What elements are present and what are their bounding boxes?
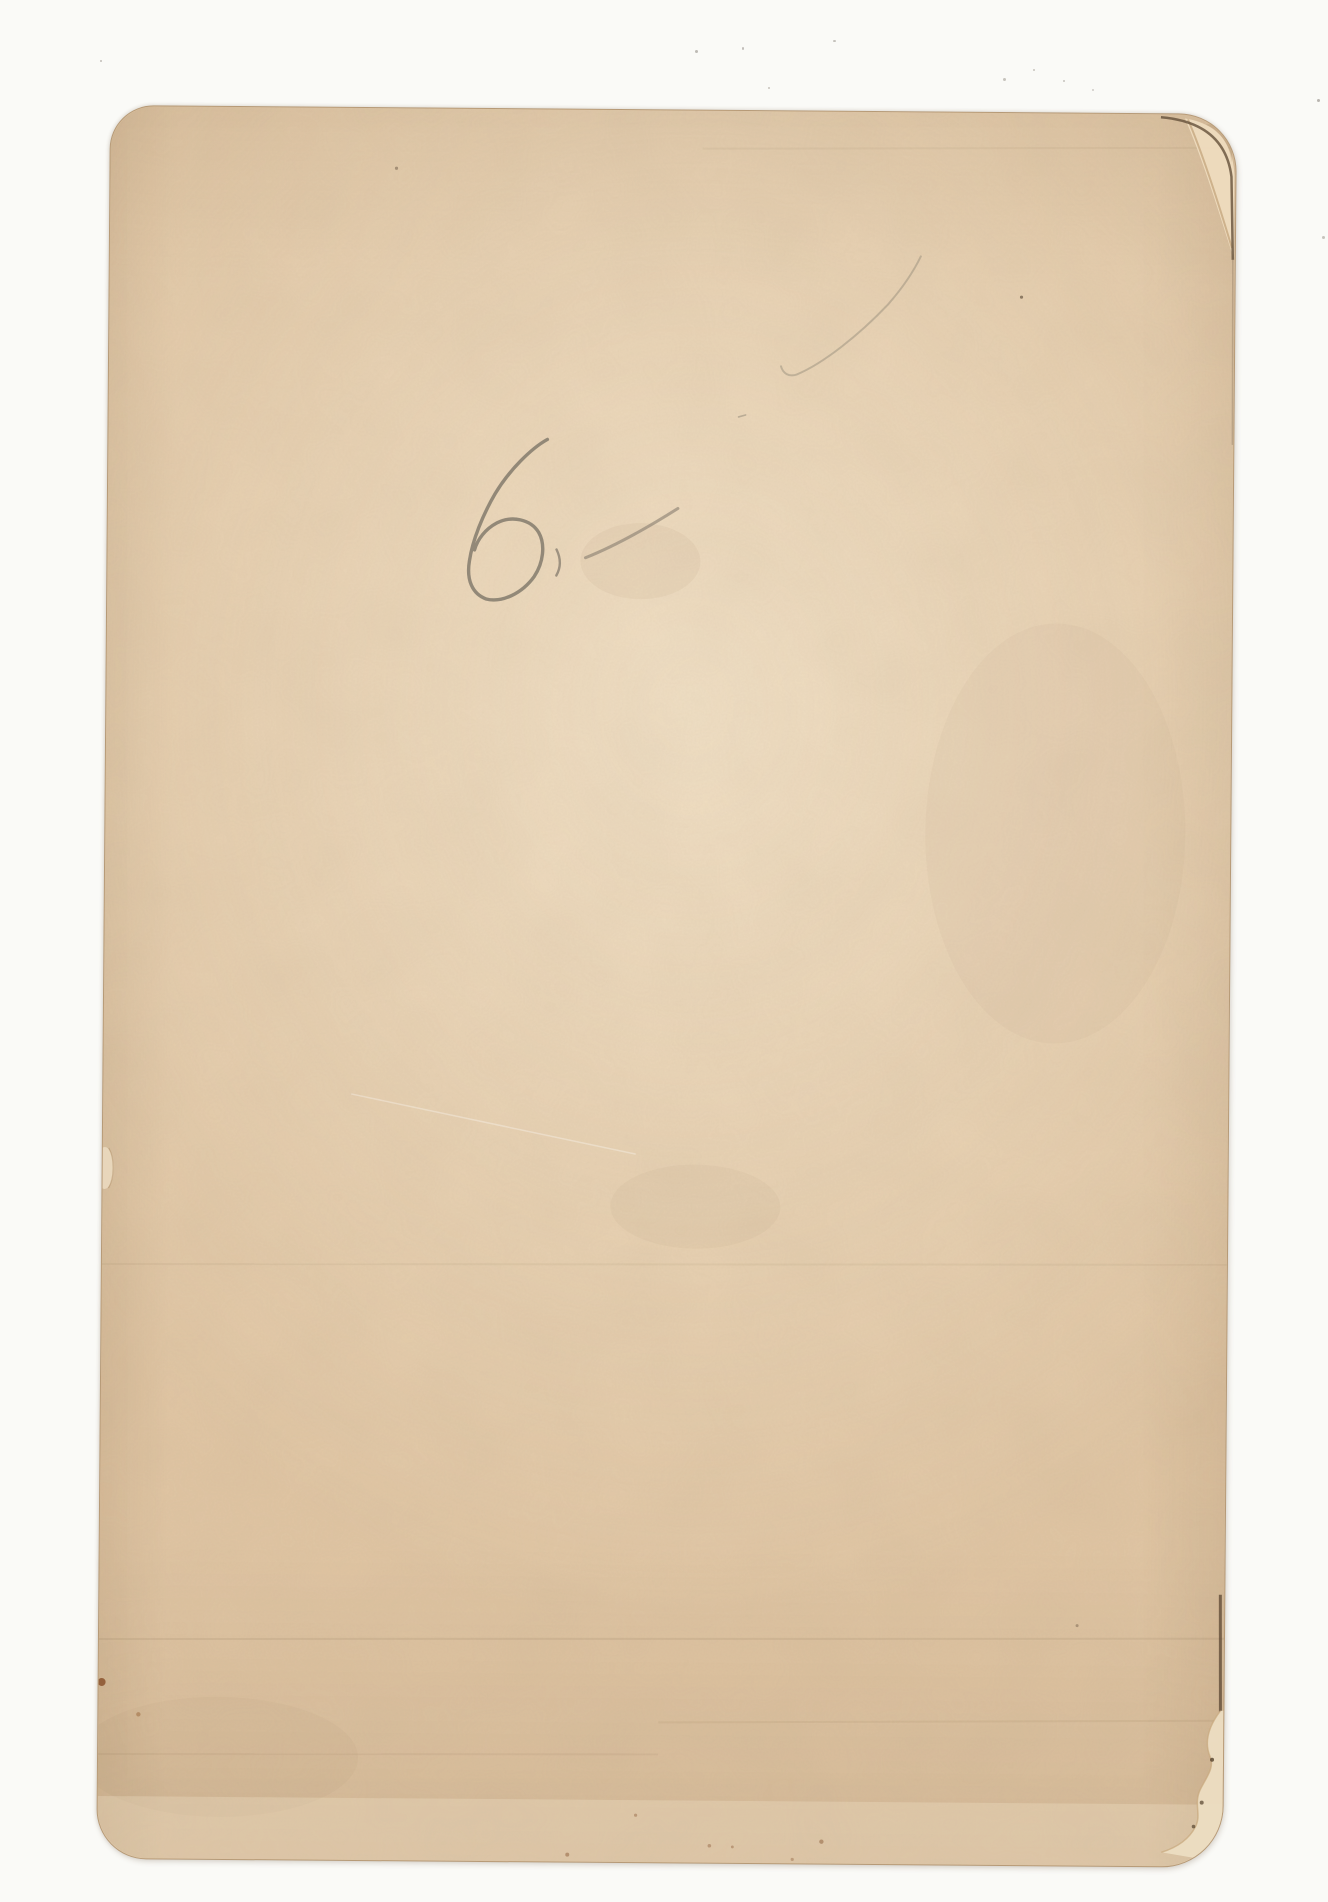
scanner-background	[0, 0, 1328, 1902]
dust-speck	[768, 87, 770, 89]
dust-speck	[742, 47, 744, 50]
dust-speck	[1092, 89, 1094, 91]
photo-card-back	[96, 105, 1237, 1868]
dust-speck	[1003, 78, 1006, 81]
pencil-inscription	[97, 106, 1236, 1867]
dust-speck	[1033, 69, 1035, 71]
pencil-comma	[556, 550, 560, 576]
tiny-pencil-tick	[739, 415, 746, 417]
stray-pencil-mark	[781, 255, 921, 376]
pencil-dash	[585, 508, 677, 559]
dust-speck	[100, 60, 102, 62]
dust-speck	[1063, 80, 1065, 82]
dust-speck	[1322, 236, 1325, 239]
dust-speck	[833, 40, 836, 42]
pencil-digit-6	[468, 439, 547, 600]
dust-speck	[1317, 99, 1320, 102]
dust-speck	[695, 50, 698, 53]
